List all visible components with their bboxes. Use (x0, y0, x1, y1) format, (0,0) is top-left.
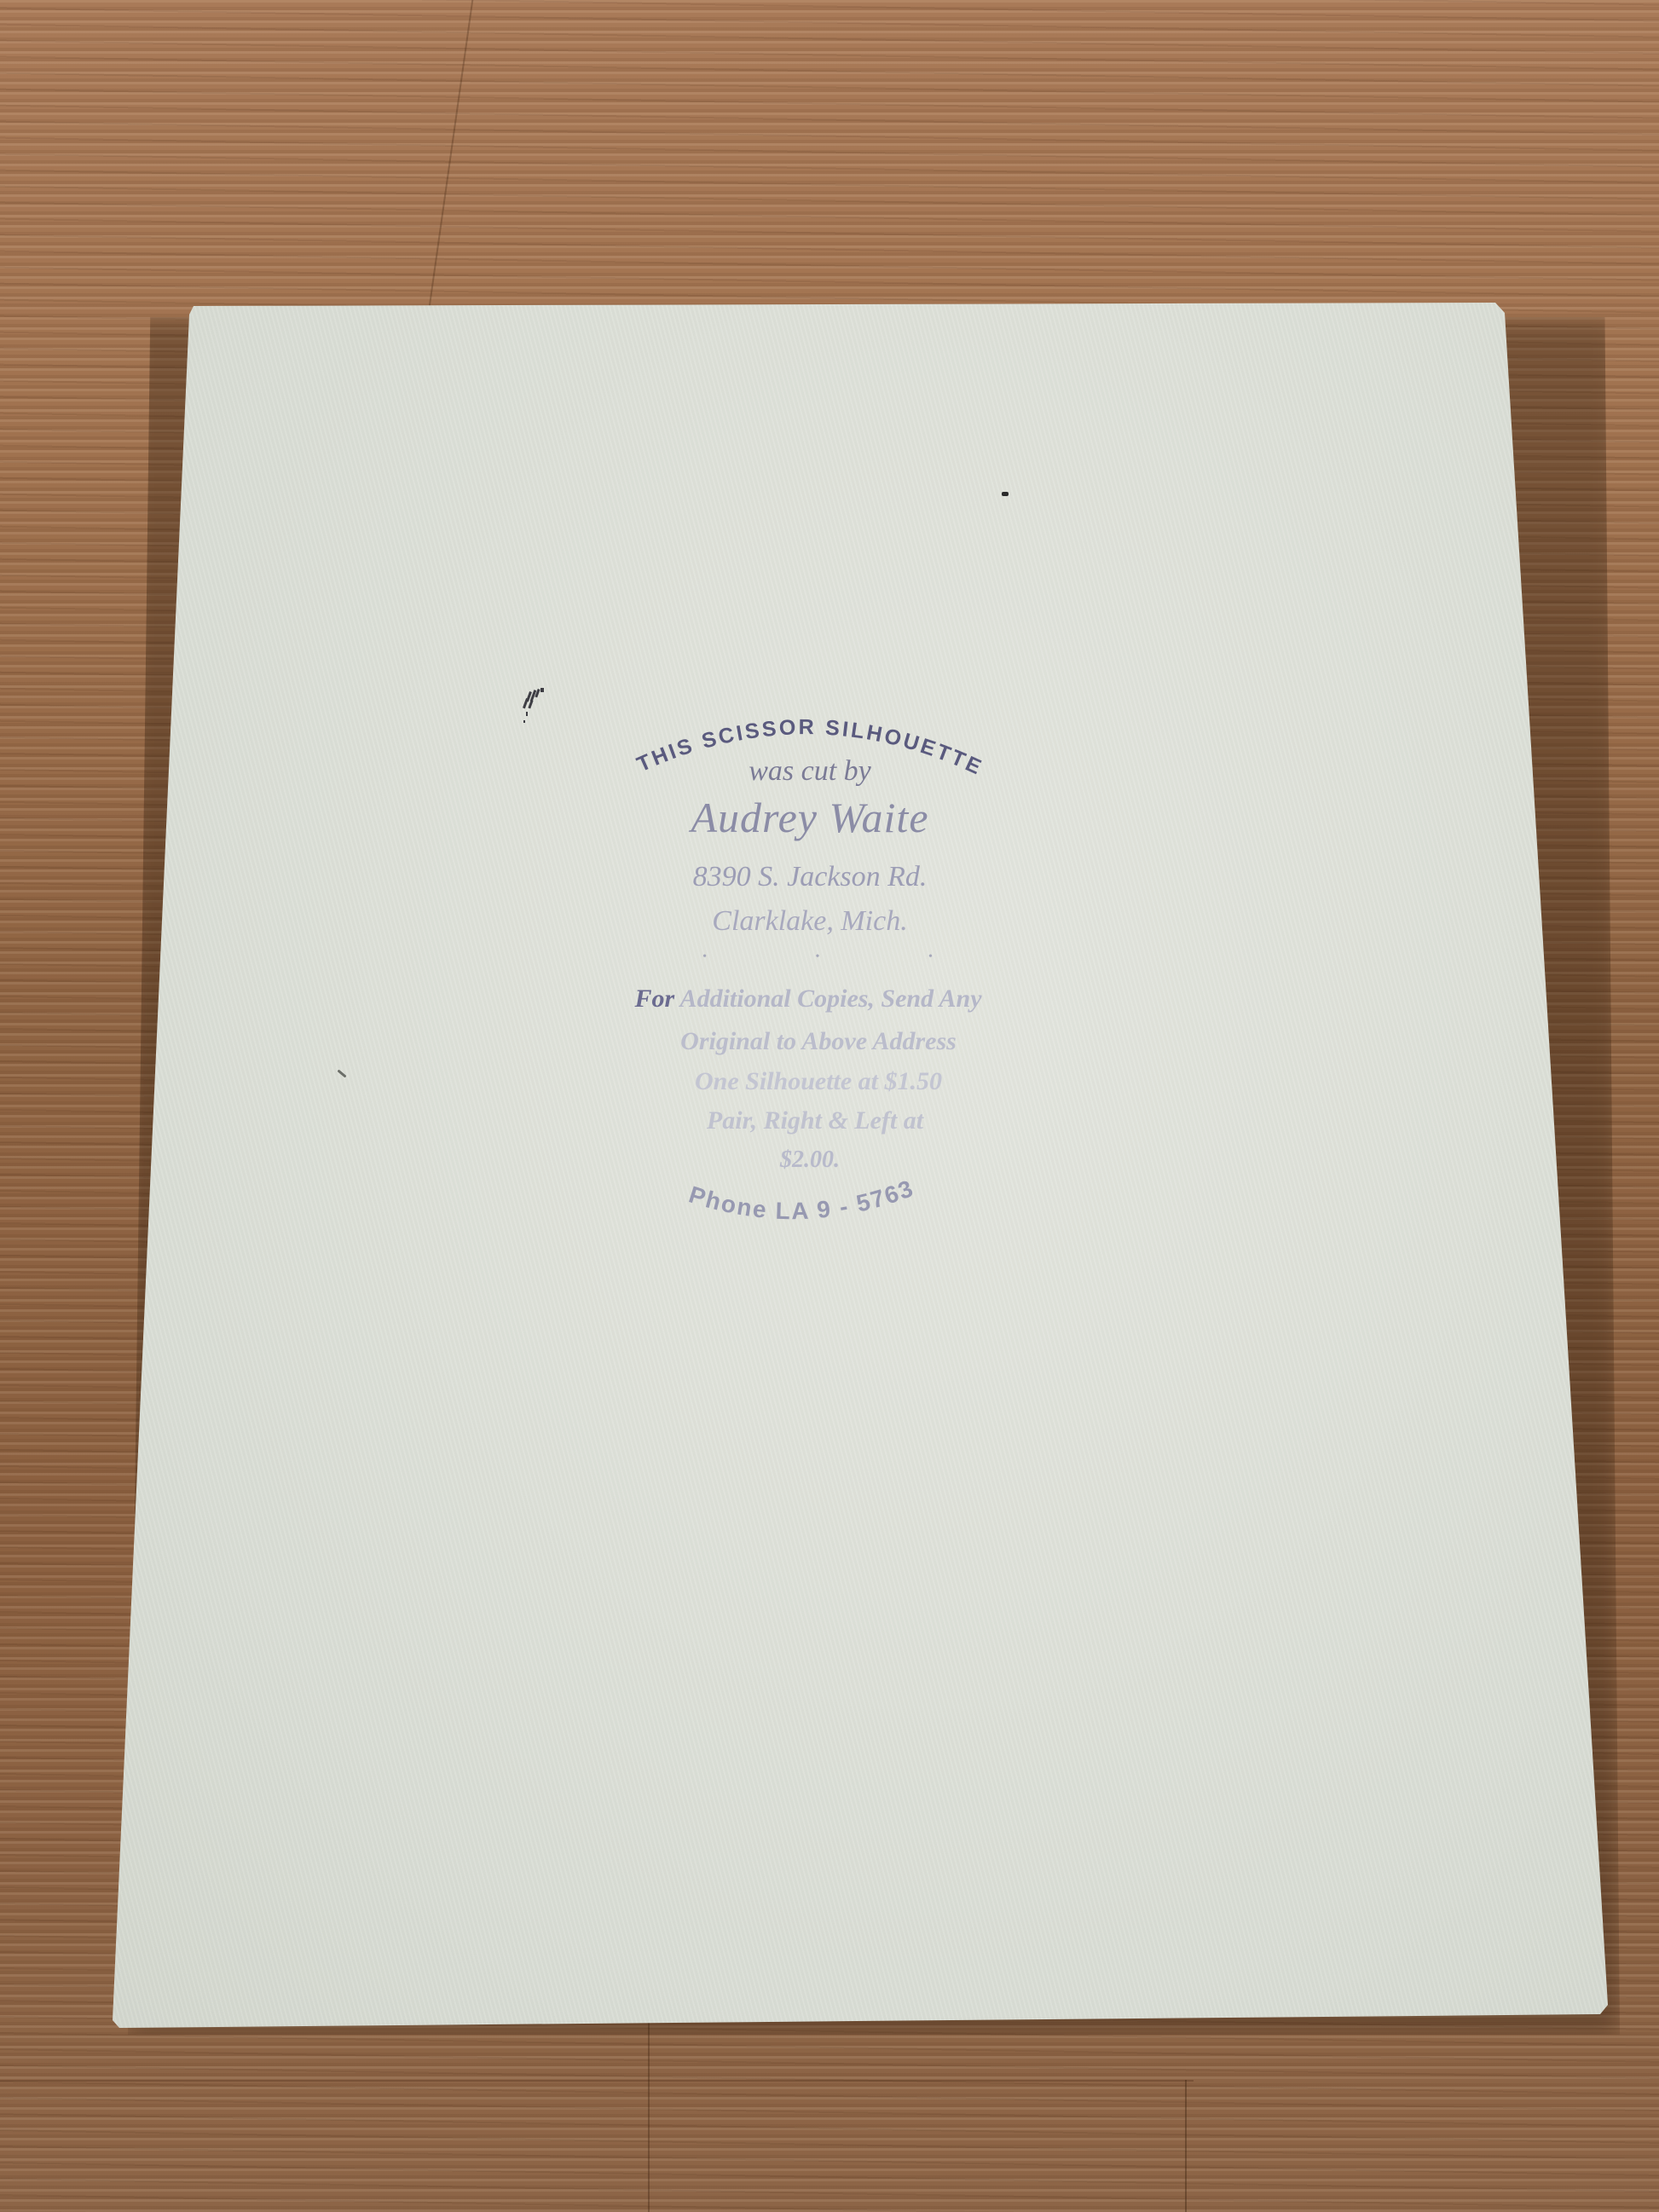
offer-lead-word: For (634, 985, 674, 1013)
offer-line-1: For Additional Copies, Send Any (544, 985, 1072, 1014)
offer-line-2: Original to Above Address (554, 1027, 1083, 1056)
svg-text:Phone LA 9 - 5763: Phone LA 9 - 5763 (686, 1175, 918, 1225)
offer-line-3: One Silhouette at $1.50 (554, 1067, 1083, 1096)
stamp-phone-arc: Phone LA 9 - 5763 (546, 1159, 1074, 1253)
address-city: Clarklake, Mich. (546, 905, 1074, 938)
ornament-dots: • • • (546, 950, 1108, 964)
wood-seam (429, 0, 474, 307)
was-cut-by-text: was cut by (546, 755, 1074, 788)
ink-smudge (516, 686, 546, 729)
offer-line-4: Pair, Right & Left at (551, 1106, 1079, 1135)
offer-line-1-rest: Additional Copies, Send Any (674, 985, 981, 1013)
wood-seam (1185, 2080, 1187, 2212)
ink-dot-mark (1002, 492, 1009, 496)
artist-name: Audrey Waite (546, 793, 1074, 842)
wood-seam (648, 2020, 650, 2212)
maker-stamp: THIS SCISSOR SILHOUETTE was cut by Audre… (546, 682, 1074, 1245)
address-street: 8390 S. Jackson Rd. (546, 861, 1074, 893)
wood-seam (0, 2080, 1194, 2082)
